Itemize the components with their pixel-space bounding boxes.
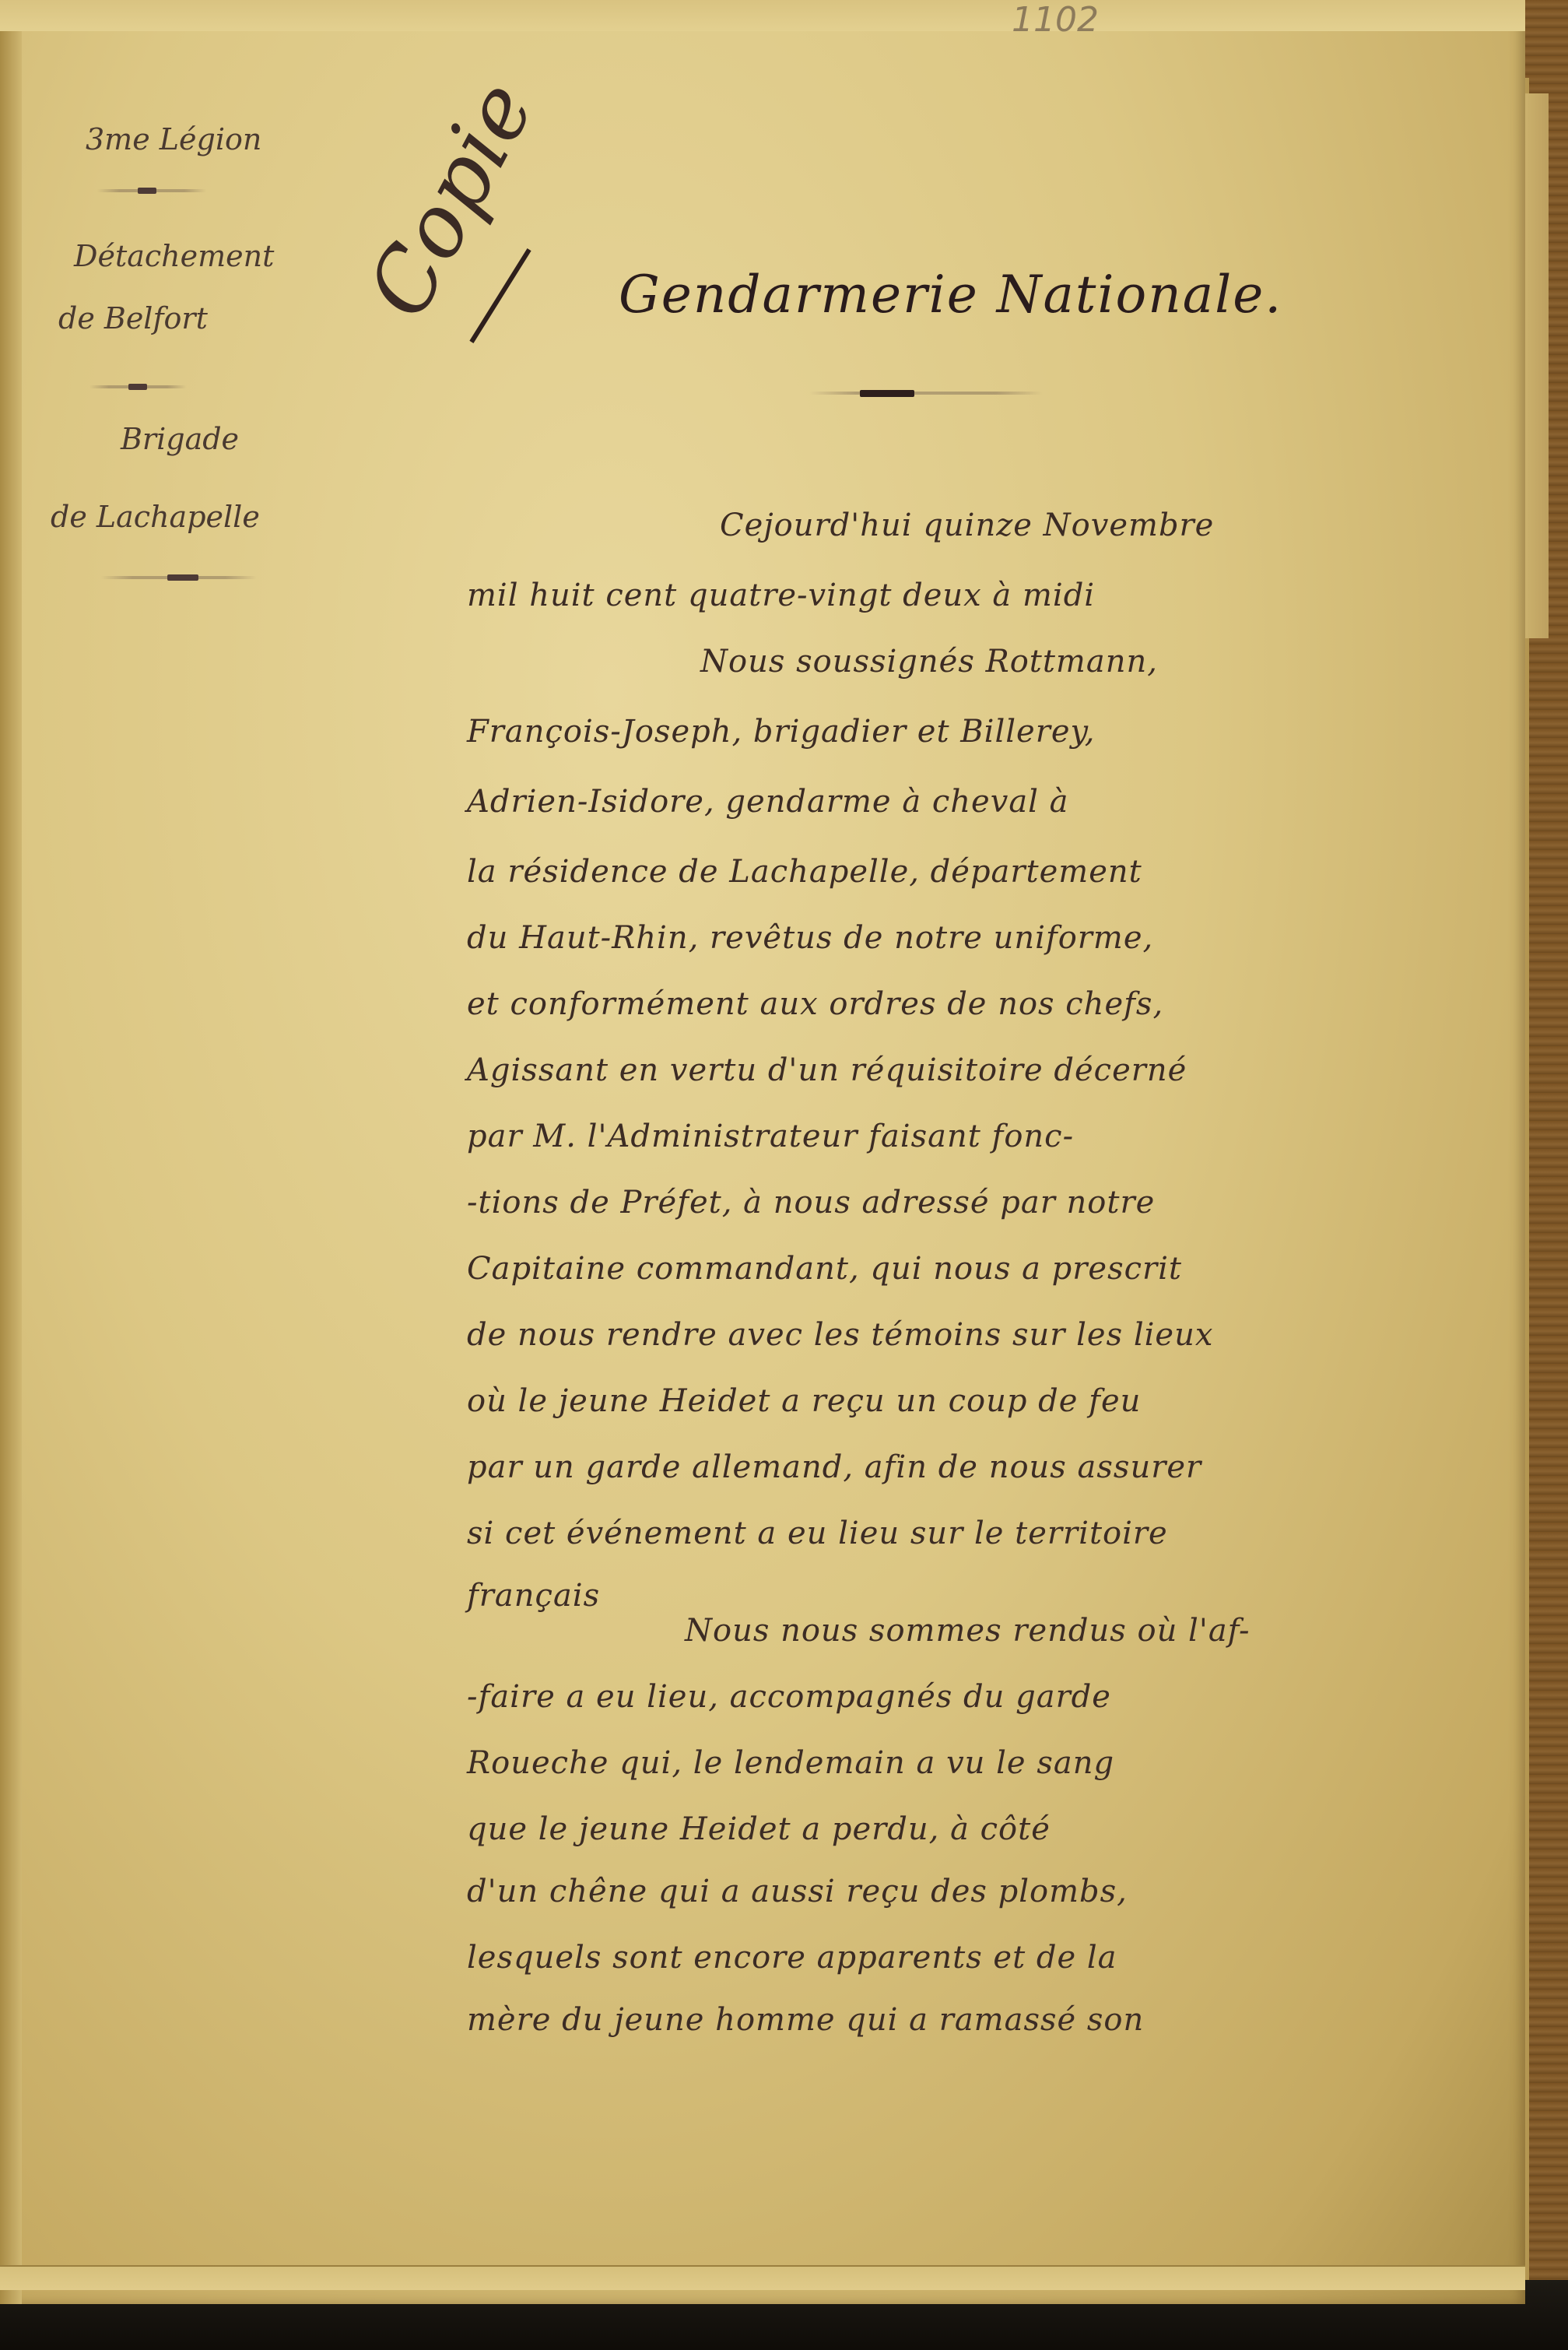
body-line-16: si cet événement a eu lieu sur le territ… [467,1510,1168,1557]
body-line-23: lesquels sont encore apparents et de la [467,1934,1117,1981]
document-page: 1102 3me Légion Détachement de Belfort B… [0,0,1525,2304]
body-line-11: -tions de Préfet, à nous adressé par not… [467,1179,1155,1226]
body-line-24: mère du jeune homme qui a ramassé son [467,1997,1144,2043]
body-line-22: d'un chêne qui a aussi reçu des plombs, [467,1868,1128,1915]
margin-legion: 3me Légion [86,121,261,158]
header-title: Gendarmerie Nationale. [619,265,1282,325]
page-bottom-edge [0,2265,1525,2290]
copie-stamp: Copie [348,65,553,333]
margin-brigade-line1: Brigade [121,420,239,458]
body-line-13: de nous rendre avec les témoins sur les … [467,1312,1213,1358]
margin-divider [89,385,187,388]
margin-divider [101,576,257,579]
body-line-3: Nous soussignés Rottmann, [700,638,1158,685]
margin-detachement-line1: Détachement [74,237,274,275]
body-line-9: Agissant en vertu d'un réquisitoire déce… [467,1047,1187,1094]
body-line-10: par M. l'Administrateur faisant fonc- [467,1113,1074,1160]
body-line-8: et conformément aux ordres de nos chefs, [467,981,1163,1027]
header-divider [809,392,1043,395]
body-line-14: où le jeune Heidet a reçu un coup de feu [467,1378,1141,1424]
body-line-19: -faire a eu lieu, accompagnés du garde [467,1674,1111,1720]
body-line-4: François-Joseph, brigadier et Billerey, [467,708,1096,755]
page-top-edge [0,0,1525,31]
body-line-6: la résidence de Lachapelle, département [467,848,1142,895]
copie-slash-mark [469,248,531,343]
margin-detachement-line2: de Belfort [58,300,208,337]
body-line-21: que le jeune Heidet a perdu, à côté [467,1806,1051,1853]
body-line-5: Adrien-Isidore, gendarme à cheval à [467,778,1069,825]
margin-brigade-line2: de Lachapelle [51,498,260,536]
body-line-15: par un garde allemand, afin de nous assu… [467,1444,1201,1491]
body-line-1: Cejourd'hui quinze Novembre [720,502,1214,549]
body-line-2: mil huit cent quatre-vingt deux à midi [467,572,1095,619]
body-line-17: français [467,1572,600,1619]
body-line-20: Roueche qui, le lendemain a vu le sang [467,1740,1114,1786]
margin-divider [97,189,206,192]
page-left-edge [0,0,22,2304]
pencil-annotation: 1102 [1012,0,1099,40]
body-line-18: Nous nous sommes rendus où l'af- [685,1607,1251,1654]
body-line-12: Capitaine commandant, qui nous a prescri… [467,1245,1182,1292]
body-line-7: du Haut-Rhin, revêtus de notre uniforme, [467,915,1153,961]
